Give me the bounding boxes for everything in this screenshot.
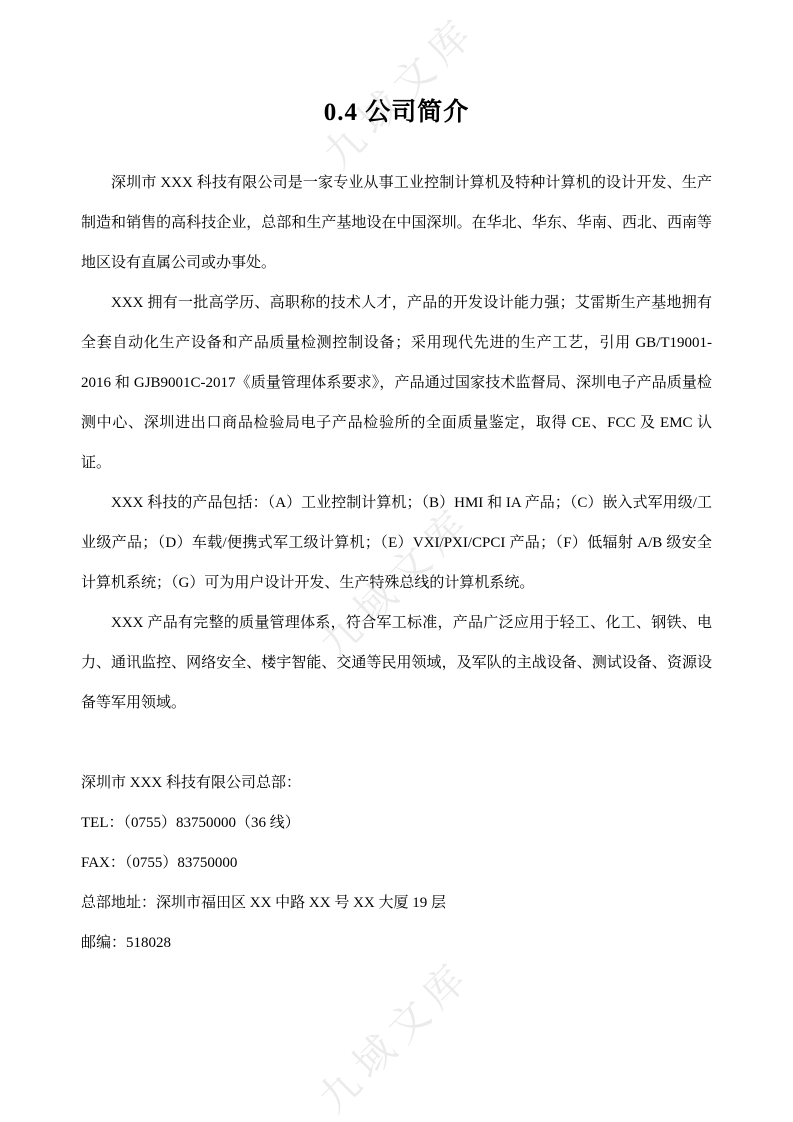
paragraph-company-overview: 深圳市 XXX 科技有限公司是一家专业从事工业控制计算机及特种计算机的设计开发、… <box>81 163 712 283</box>
paragraph-application-fields: XXX 产品有完整的质量管理体系，符合军工标准，产品广泛应用于轻工、化工、钢铁、… <box>81 603 712 723</box>
spacer <box>81 723 712 763</box>
document-page: 九域文库 九域文库 九域文库 0.4 公司简介 深圳市 XXX 科技有限公司是一… <box>0 0 793 1122</box>
contact-postal-code: 邮编：518028 <box>81 923 712 963</box>
paragraph-product-lineup: XXX 科技的产品包括：（A）工业控制计算机；（B）HMI 和 IA 产品；（C… <box>81 483 712 603</box>
watermark-text-bottom: 九域文库 <box>304 945 483 1122</box>
contact-fax: FAX：（0755）83750000 <box>81 843 712 883</box>
contact-address: 总部地址：深圳市福田区 XX 中路 XX 号 XX 大厦 19 层 <box>81 883 712 923</box>
paragraph-quality-certification: XXX 拥有一批高学历、高职称的技术人才，产品的开发设计能力强；艾雷斯生产基地拥… <box>81 283 712 483</box>
contact-header: 深圳市 XXX 科技有限公司总部： <box>81 763 712 803</box>
contact-tel: TEL：（0755）83750000（36 线） <box>81 803 712 843</box>
document-content: 0.4 公司简介 深圳市 XXX 科技有限公司是一家专业从事工业控制计算机及特种… <box>0 0 793 963</box>
page-title: 0.4 公司简介 <box>81 0 712 130</box>
